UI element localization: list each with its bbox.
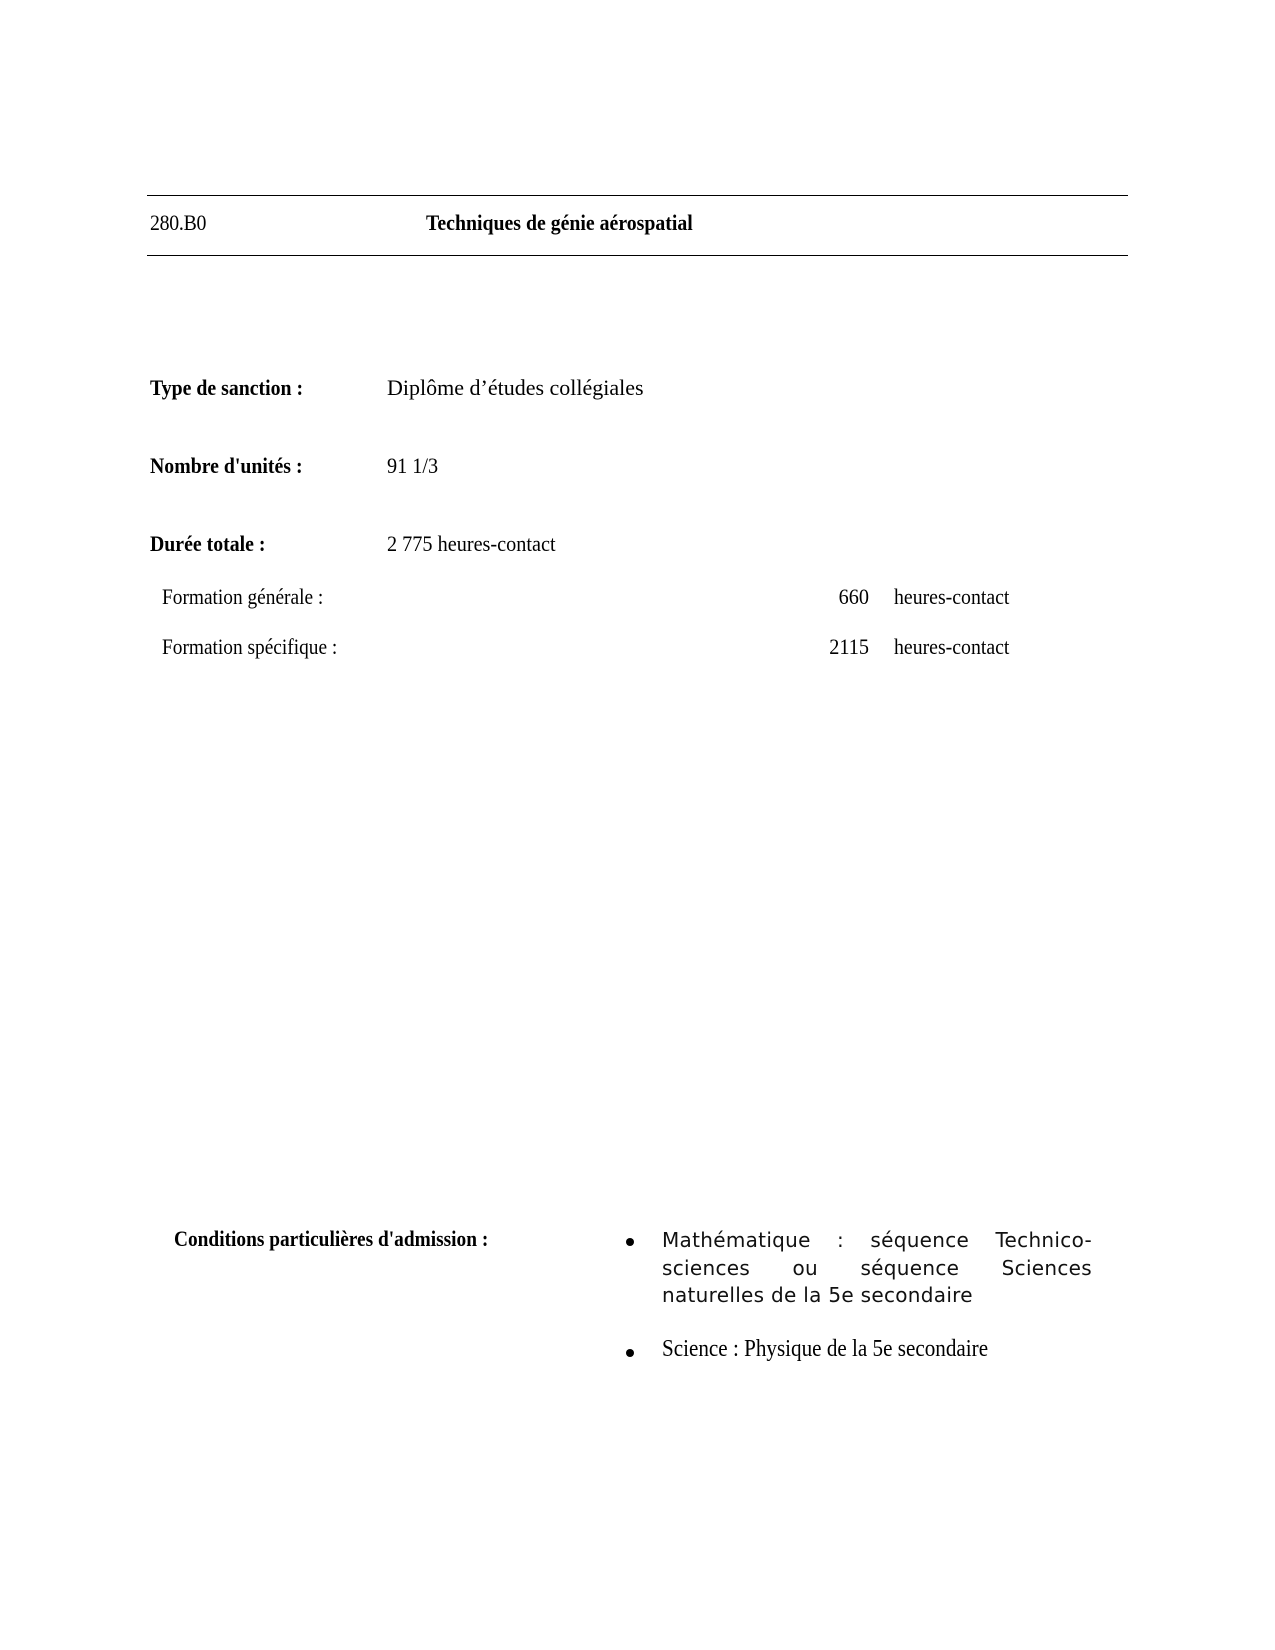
bullet-icon	[626, 1238, 634, 1246]
duration-value: 2 775 heures-contact	[387, 531, 556, 557]
sanction-value: Diplôme d’études collégiales	[387, 375, 644, 401]
breakdown-unit: heures-contact	[894, 584, 1009, 610]
breakdown-hours: 660	[795, 584, 869, 610]
admission-item-text: Mathématique : séquence Technico-science…	[662, 1227, 1092, 1310]
breakdown-hours: 2115	[795, 634, 869, 660]
sanction-label: Type de sanction :	[150, 375, 303, 401]
bullet-icon	[626, 1349, 634, 1357]
units-label: Nombre d'unités :	[150, 453, 303, 479]
admission-label: Conditions particulières d'admission :	[174, 1226, 488, 1252]
admission-item-text: Science : Physique de la 5e secondaire	[662, 1336, 988, 1363]
breakdown-label: Formation générale :	[162, 584, 323, 610]
program-title: Techniques de génie aérospatial	[426, 210, 693, 236]
breakdown-unit: heures-contact	[894, 634, 1009, 660]
units-value: 91 1/3	[387, 453, 438, 479]
header-bottom-rule	[147, 255, 1128, 256]
program-code: 280.B0	[150, 210, 206, 236]
header-top-rule	[147, 195, 1128, 196]
duration-label: Durée totale :	[150, 531, 265, 557]
breakdown-label: Formation spécifique :	[162, 634, 337, 660]
